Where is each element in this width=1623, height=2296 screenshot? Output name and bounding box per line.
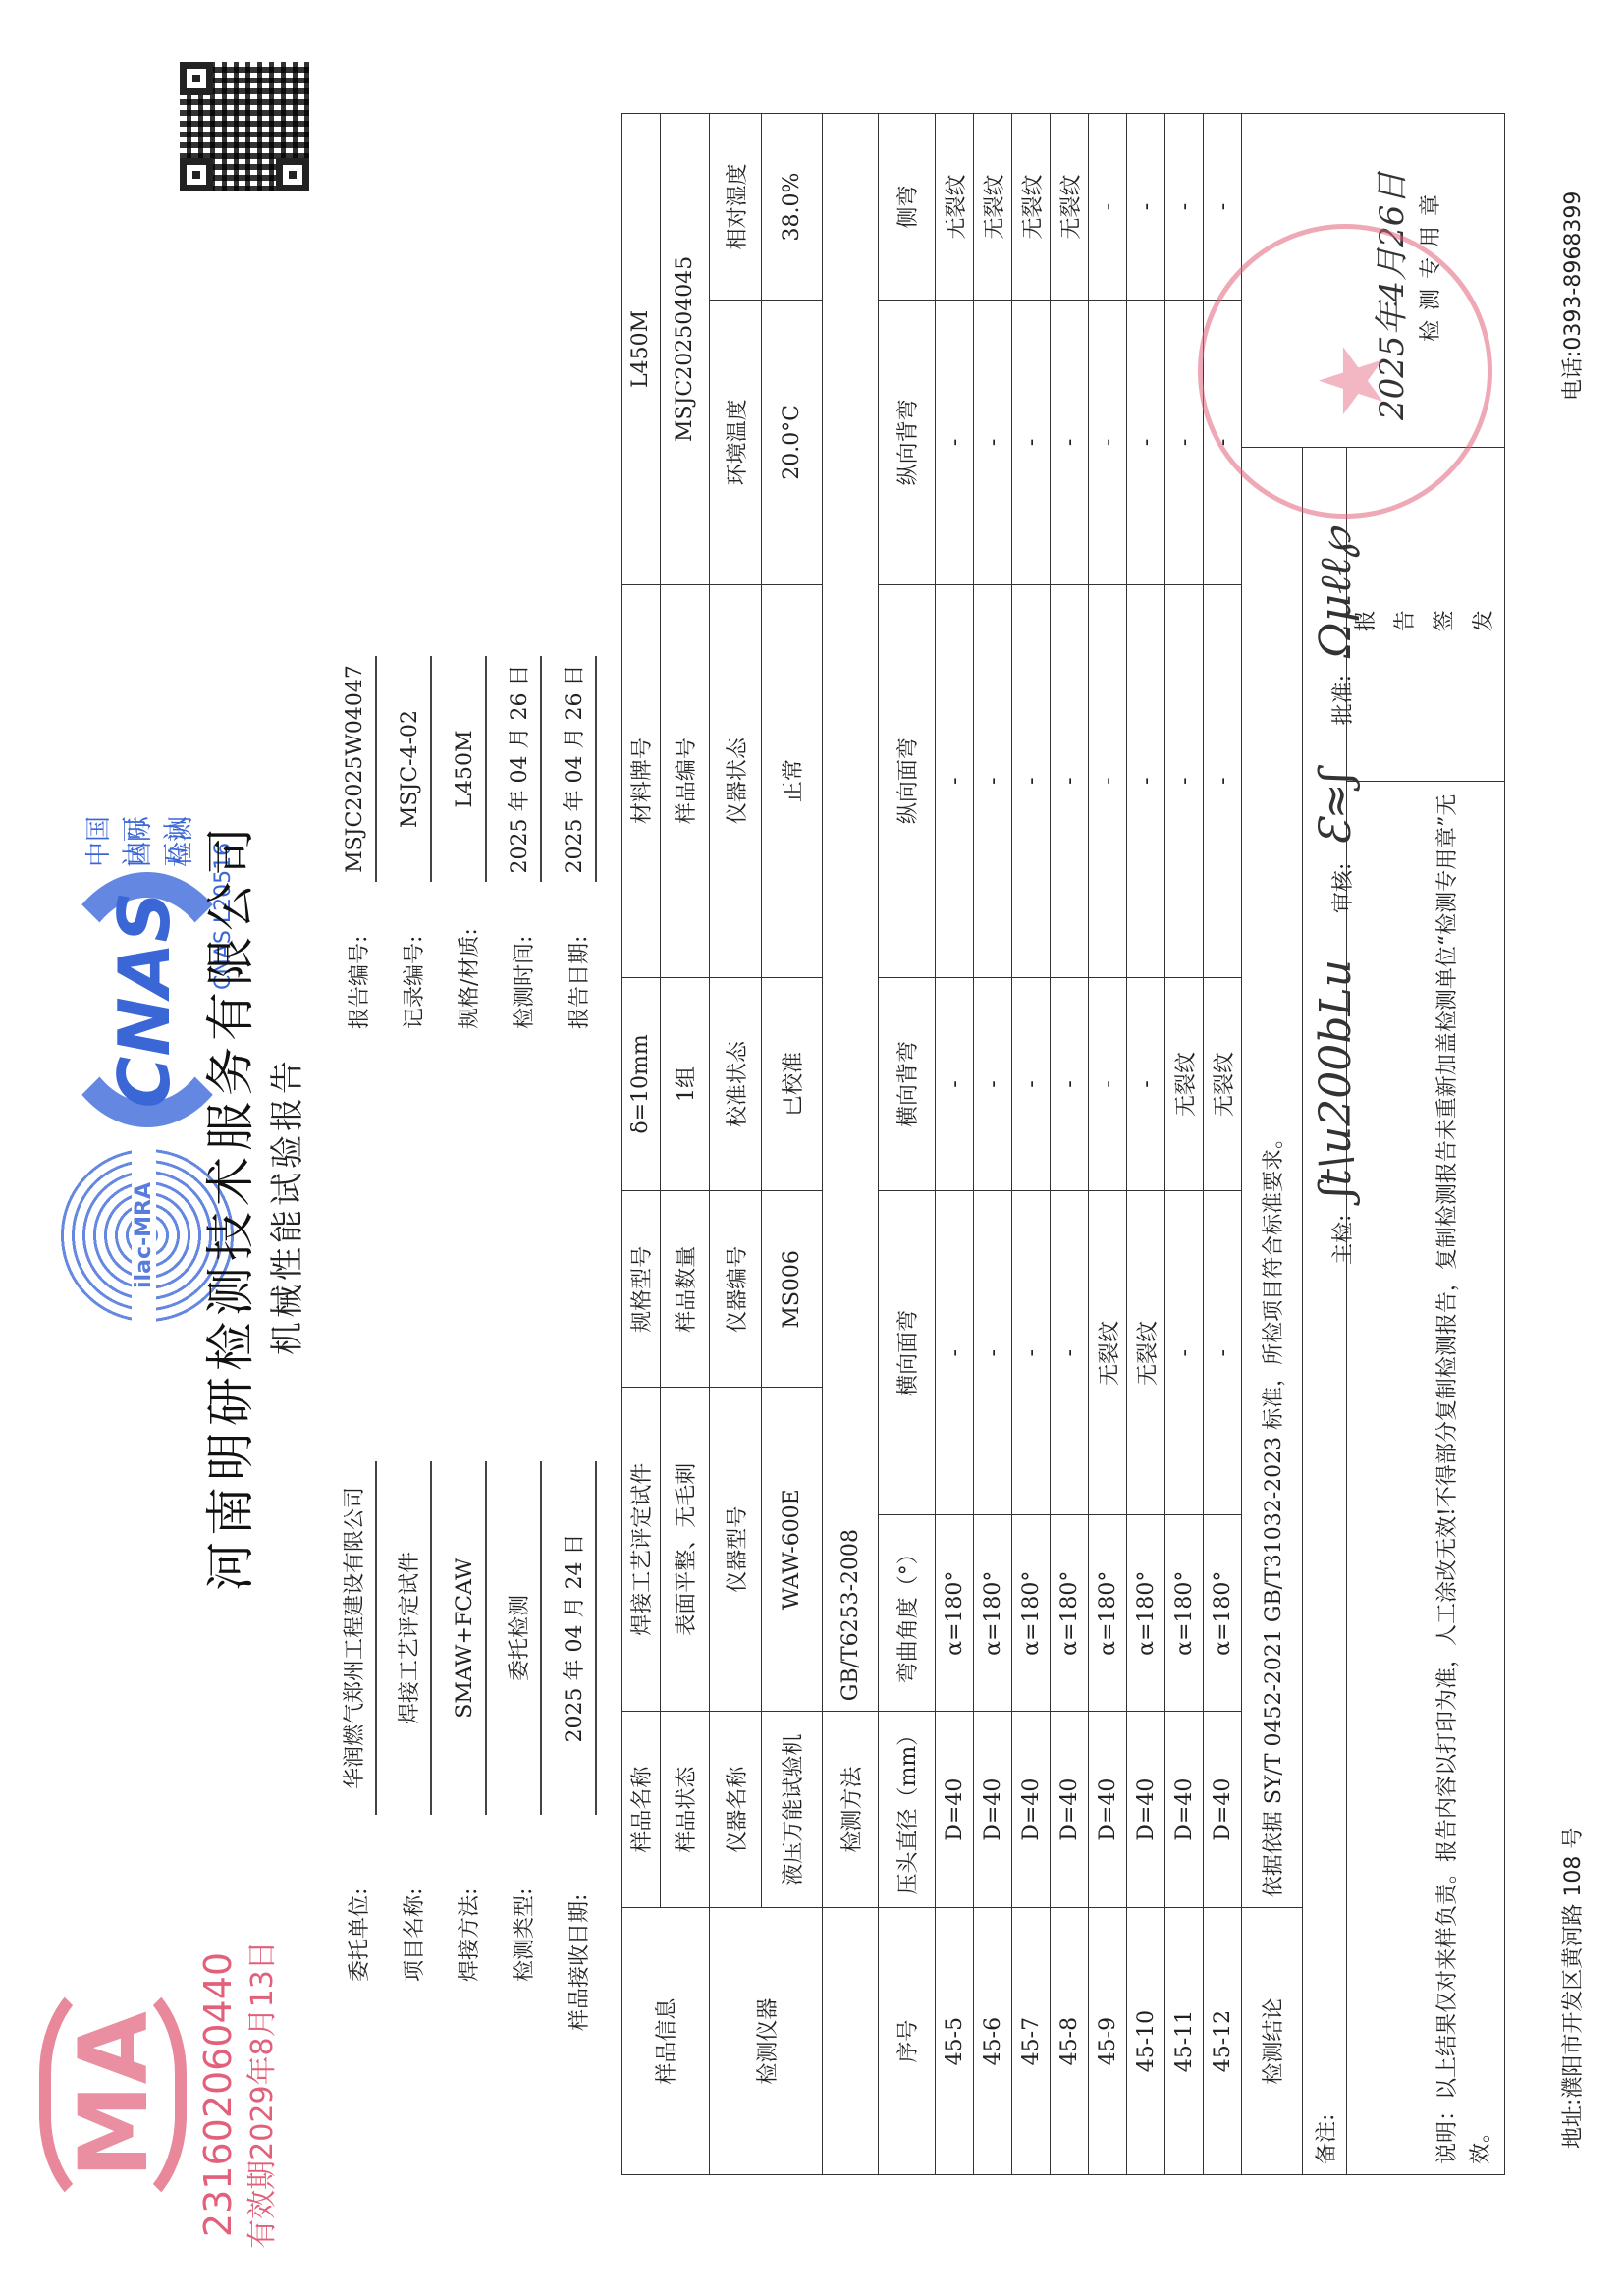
field-value: MSJC-4-02 xyxy=(391,656,432,882)
signoff-block: 主检: ʃt\u200bLu 审核: Ɛ≈ʃ 批准: Ωμℓℓ℘ 2025年4月… xyxy=(1257,113,1478,1285)
results-header-row: 序号 压头直径（mm） 弯曲角度（°） 横向面弯 横向背弯 纵向面弯 纵向背弯 … xyxy=(879,114,936,2175)
section-instrument: 检测仪器 xyxy=(710,1908,823,2175)
cma-cert-number: 231602060440 xyxy=(196,1933,240,2257)
cell-label: 样品状态 xyxy=(661,1712,710,1908)
result-cell: 45-12 xyxy=(1204,1908,1242,2175)
field-value: 2025 年 04 月 26 日 xyxy=(556,656,597,882)
field-value: 2025 年 04 月 26 日 xyxy=(501,656,542,882)
result-cell: D=40 xyxy=(1204,1712,1242,1908)
field-welding-method: 焊接方法: SMAW+FCAW xyxy=(444,1196,487,1982)
result-row: 45-9D=40α=180°无裂纹---- xyxy=(1089,114,1127,2175)
result-cell: - xyxy=(1089,584,1127,977)
result-cell: D=40 xyxy=(974,1712,1012,1908)
result-cell: 45-6 xyxy=(974,1908,1012,2175)
result-row: 45-7D=40α=180°----无裂纹 xyxy=(1012,114,1051,2175)
result-cell: - xyxy=(974,977,1012,1191)
field-label: 检测类型: xyxy=(508,1888,538,1982)
cell-label: 校准状态 xyxy=(710,977,762,1191)
footer-address: 地址:濮阳市开发区黄河路 108 号 xyxy=(1556,1828,1587,2149)
field-report-no: 报告编号: MSJC2025W04047 xyxy=(334,342,377,1029)
cell-value: 20.0°C xyxy=(762,300,823,584)
result-cell: α=180° xyxy=(1204,1515,1242,1712)
signoff-labels: 主检: ʃt\u200bLu 审核: Ɛ≈ʃ 批准: Ωμℓℓ℘ xyxy=(1311,528,1361,1265)
cell-label: 仪器型号 xyxy=(710,1388,762,1712)
cell-label: 环境温度 xyxy=(710,300,762,584)
cell-label: 材料牌号 xyxy=(622,584,661,977)
col-header: 序号 xyxy=(879,1908,936,2175)
result-row: 45-10D=40α=180°无裂纹---- xyxy=(1127,114,1165,2175)
col-header: 弯曲角度（°） xyxy=(879,1515,936,1712)
result-cell: - xyxy=(1165,584,1204,977)
result-cell: - xyxy=(1165,1191,1204,1515)
result-cell: D=40 xyxy=(1051,1712,1089,1908)
sample-info-row: 样品状态 表面平整、无毛刺 样品数量 1组 样品编号 MSJC202504045 xyxy=(661,114,710,2175)
result-cell: - xyxy=(936,977,974,1191)
report-title: 机械性能试验报告 xyxy=(260,862,308,1550)
cell-value: 液压万能试验机 xyxy=(762,1712,823,1908)
field-spec-material: 规格/材质: L450M xyxy=(444,342,487,1029)
result-cell: - xyxy=(936,1191,974,1515)
cnas-text: CNAS xyxy=(103,872,186,1127)
footer-phone: 电话:0393-8968399 xyxy=(1556,191,1587,401)
cell-value: MS006 xyxy=(762,1191,823,1388)
result-cell: 45-10 xyxy=(1127,1908,1165,2175)
field-value: SMAW+FCAW xyxy=(446,1461,487,1815)
result-row: 45-8D=40α=180°----无裂纹 xyxy=(1051,114,1089,2175)
field-project: 项目名称: 焊接工艺评定试件 xyxy=(389,1196,432,1982)
field-report-date: 报告日期: 2025 年 04 月 26 日 xyxy=(554,342,597,1029)
result-cell: α=180° xyxy=(1127,1515,1165,1712)
field-client: 委托单位: 华润燃气郑州工程建设有限公司 xyxy=(334,1196,377,1982)
field-label: 样品接收日期: xyxy=(563,1894,593,2031)
result-cell: - xyxy=(1089,977,1127,1191)
result-cell: - xyxy=(1089,300,1127,584)
method-row: 检测方法 GB/T6253-2008 xyxy=(823,114,879,2175)
field-label: 委托单位: xyxy=(343,1888,373,1982)
col-header: 侧弯 xyxy=(879,114,936,301)
cell-value: MSJC202504045 xyxy=(661,114,710,585)
cma-stamp: MA 231602060440 有效期2029年8月13日 xyxy=(39,1933,275,2257)
field-label: 项目名称: xyxy=(398,1888,428,1982)
result-cell: 无裂纹 xyxy=(974,114,1012,301)
result-cell: - xyxy=(1165,300,1204,584)
company-name: 河南明研检测技术服务有限公司 xyxy=(191,666,262,1746)
instrument-header-row: 检测仪器 仪器名称 仪器型号 仪器编号 校准状态 仪器状态 环境温度 相对湿度 xyxy=(710,114,762,2175)
cma-text: MA xyxy=(59,1933,169,2257)
result-row: 45-11D=40α=180°-无裂纹--- xyxy=(1165,114,1204,2175)
field-value: 焊接工艺评定试件 xyxy=(391,1461,432,1815)
qr-code-icon xyxy=(177,59,312,194)
cell-label: 仪器编号 xyxy=(710,1191,762,1388)
col-header: 横向背弯 xyxy=(879,977,936,1191)
result-row: 45-5D=40α=180°----无裂纹 xyxy=(936,114,974,2175)
result-cell: - xyxy=(1012,1191,1051,1515)
result-cell: - xyxy=(936,584,974,977)
sample-info-row: 样品信息 样品名称 焊接工艺评定试件 规格型号 δ=10mm 材料牌号 L450… xyxy=(622,114,661,2175)
inspector-signature: ʃt\u200bLu xyxy=(1311,959,1361,1198)
cell-label: 样品编号 xyxy=(661,584,710,977)
result-cell: D=40 xyxy=(1012,1712,1051,1908)
result-cell: α=180° xyxy=(1012,1515,1051,1712)
result-cell: α=180° xyxy=(1089,1515,1127,1712)
inspector-label: 主检: xyxy=(1331,1215,1356,1265)
result-cell: - xyxy=(1127,114,1165,301)
field-label: 焊接方法: xyxy=(453,1888,483,1982)
result-cell: - xyxy=(974,300,1012,584)
result-cell: - xyxy=(1051,300,1089,584)
cell-label: 规格型号 xyxy=(622,1191,661,1388)
result-cell: 45-8 xyxy=(1051,1908,1089,2175)
field-value: 委托检测 xyxy=(501,1461,542,1815)
result-cell: α=180° xyxy=(1051,1515,1089,1712)
result-cell: - xyxy=(1051,1191,1089,1515)
cell-value: 38.0% xyxy=(762,114,823,301)
field-label: 记录编号: xyxy=(398,936,428,1029)
result-cell: 45-7 xyxy=(1012,1908,1051,2175)
result-cell: - xyxy=(974,584,1012,977)
result-cell: D=40 xyxy=(1089,1712,1127,1908)
result-cell: α=180° xyxy=(974,1515,1012,1712)
field-value: 2025 年 04 月 24 日 xyxy=(556,1461,597,1815)
result-cell: - xyxy=(1012,300,1051,584)
results-body: 45-5D=40α=180°----无裂纹45-6D=40α=180°----无… xyxy=(936,114,1242,2175)
result-cell: D=40 xyxy=(1127,1712,1165,1908)
remarks-label: 备注: xyxy=(1315,2114,1339,2164)
result-cell: 45-9 xyxy=(1089,1908,1127,2175)
cell-value: 焊接工艺评定试件 xyxy=(622,1388,661,1712)
result-row: 45-6D=40α=180°----无裂纹 xyxy=(974,114,1012,2175)
result-cell: - xyxy=(1127,977,1165,1191)
approver-signature: Ωμℓℓ℘ xyxy=(1311,528,1361,658)
result-cell: 45-5 xyxy=(936,1908,974,2175)
col-header: 横向面弯 xyxy=(879,1191,936,1515)
result-cell: D=40 xyxy=(1165,1712,1204,1908)
result-cell: - xyxy=(974,1191,1012,1515)
cell-value: 正常 xyxy=(762,584,823,977)
approver-label: 批准: xyxy=(1331,675,1356,725)
result-cell: - xyxy=(1204,584,1242,977)
field-label: 报告日期: xyxy=(563,936,593,1029)
cell-label: 样品数量 xyxy=(661,1191,710,1388)
cell-value: WAW-600E xyxy=(762,1388,823,1712)
cell-value: δ=10mm xyxy=(622,977,661,1191)
result-cell: - xyxy=(1089,114,1127,301)
field-value: 华润燃气郑州工程建设有限公司 xyxy=(336,1461,377,1815)
result-cell: - xyxy=(1012,977,1051,1191)
ilac-text: ilac-MRA xyxy=(132,1147,156,1324)
result-cell: 45-11 xyxy=(1165,1908,1204,2175)
field-value: L450M xyxy=(446,656,487,882)
result-cell: α=180° xyxy=(936,1515,974,1712)
field-label: 规格/材质: xyxy=(453,928,483,1029)
result-cell: 无裂纹 xyxy=(1051,114,1089,301)
col-header: 压头直径（mm） xyxy=(879,1712,936,1908)
instrument-value-row: 液压万能试验机 WAW-600E MS006 已校准 正常 20.0°C 38.… xyxy=(762,114,823,2175)
result-cell: 无裂纹 xyxy=(936,114,974,301)
col-header: 纵向背弯 xyxy=(879,300,936,584)
field-value: MSJC2025W04047 xyxy=(336,656,377,882)
cell-label: 仪器名称 xyxy=(710,1712,762,1908)
field-receive-date: 样品接收日期: 2025 年 04 月 24 日 xyxy=(554,1196,597,2031)
result-cell: - xyxy=(1204,1191,1242,1515)
cell-label: 相对湿度 xyxy=(710,114,762,301)
cell-value: 1组 xyxy=(661,977,710,1191)
field-label: 检测时间: xyxy=(508,936,538,1029)
result-cell: 无裂纹 xyxy=(1089,1191,1127,1515)
section-sample-info: 样品信息 xyxy=(622,1908,710,2175)
field-record-no: 记录编号: MSJC-4-02 xyxy=(389,342,432,1029)
result-cell: 无裂纹 xyxy=(1127,1191,1165,1515)
inspection-seal-icon: ★ xyxy=(1198,224,1492,519)
result-cell: α=180° xyxy=(1165,1515,1204,1712)
result-cell: - xyxy=(1012,584,1051,977)
field-label: 报告编号: xyxy=(343,936,373,1029)
cell-label: 仪器状态 xyxy=(710,584,762,977)
result-cell: - xyxy=(936,300,974,584)
cell-value: L450M xyxy=(622,114,661,585)
result-cell: 无裂纹 xyxy=(1165,977,1204,1191)
cell-value: 已校准 xyxy=(762,977,823,1191)
cell-value: 表面平整、无毛刺 xyxy=(661,1388,710,1712)
result-cell: - xyxy=(1127,584,1165,977)
conclusion-label: 检测结论 xyxy=(1242,1908,1303,2175)
report-page: MA 231602060440 有效期2029年8月13日 ilac-MRA C… xyxy=(0,0,1623,2296)
col-header: 纵向面弯 xyxy=(879,584,936,977)
result-cell: - xyxy=(1051,977,1089,1191)
result-cell: - xyxy=(1165,114,1204,301)
cma-validity: 有效期2029年8月13日 xyxy=(238,1933,281,2257)
result-cell: - xyxy=(1127,300,1165,584)
result-cell: D=40 xyxy=(936,1712,974,1908)
field-test-date: 检测时间: 2025 年 04 月 26 日 xyxy=(499,342,542,1029)
reviewer-signature: Ɛ≈ʃ xyxy=(1311,771,1361,846)
field-test-type: 检测类型: 委托检测 xyxy=(499,1196,542,1982)
method-label: 检测方法 xyxy=(823,1712,879,1908)
result-cell: 无裂纹 xyxy=(1012,114,1051,301)
method-value: GB/T6253-2008 xyxy=(823,114,879,1712)
result-cell: 无裂纹 xyxy=(1204,977,1242,1191)
reviewer-label: 审核: xyxy=(1331,863,1356,913)
cell-label: 样品名称 xyxy=(622,1712,661,1908)
result-cell: - xyxy=(1051,584,1089,977)
